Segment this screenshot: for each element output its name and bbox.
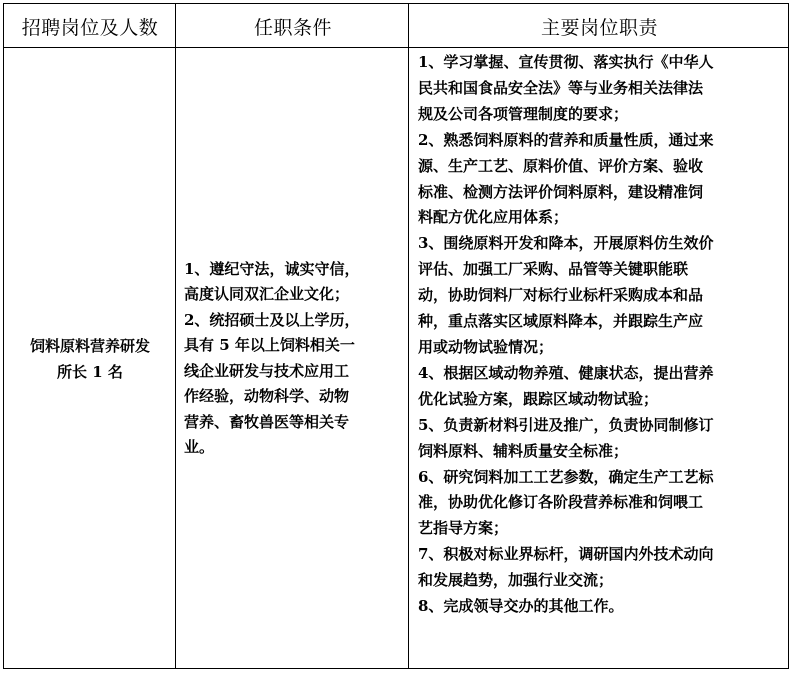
position-cell: 饲料原料营养研发 所长 1 名 (4, 49, 176, 668)
duties-cell: 1、学习掌握、宣传贯彻、落实执行《中华人 民共和国食品安全法》等与业务相关法律法… (410, 50, 789, 668)
requirement-line: 具有 5 年以上饲料相关一 (184, 333, 359, 359)
duty-line: 种，重点落实区域原料降本，并跟踪生产应 (418, 309, 785, 335)
requirement-line: 1、遵纪守法，诚实守信， (184, 257, 359, 283)
requirement-line: 线企业研发与技术应用工 (184, 359, 359, 385)
requirement-line: 营养、畜牧兽医等相关专 (184, 410, 359, 436)
duty-line: 民共和国食品安全法》等与业务相关法律法 (418, 76, 785, 102)
header-duties: 主要岗位职责 (410, 4, 789, 48)
duty-line: 和发展趋势，加强行业交流； (418, 568, 785, 594)
duty-line: 6、研究饲料加工工艺参数，确定生产工艺标 (418, 465, 785, 491)
duty-line: 3、围绕原料开发和降本，开展原料仿生效价 (418, 231, 785, 257)
requirement-line: 业。 (184, 435, 359, 461)
duty-line: 2、熟悉饲料原料的营养和质量性质，通过来 (418, 128, 785, 154)
position-line: 所长 1 名 (30, 359, 150, 385)
duty-line: 4、根据区域动物养殖、健康状态，提出营养 (418, 361, 785, 387)
position-line: 饲料原料营养研发 (30, 333, 150, 359)
header-position-count: 招聘岗位及人数 (4, 4, 176, 48)
recruitment-table: 招聘岗位及人数 任职条件 主要岗位职责 饲料原料营养研发 所长 1 名 1、遵纪… (3, 3, 789, 669)
requirement-line: 2、统招硕士及以上学历， (184, 308, 359, 334)
duty-line: 料配方优化应用体系； (418, 205, 785, 231)
duty-line: 源、生产工艺、原料价值、评价方案、验收 (418, 154, 785, 180)
requirements-cell: 1、遵纪守法，诚实守信， 高度认同双汇企业文化； 2、统招硕士及以上学历， 具有… (177, 49, 409, 668)
duty-line: 5、负责新材料引进及推广，负责协同制修订 (418, 413, 785, 439)
duty-line: 艺指导方案； (418, 516, 785, 542)
duty-line: 动，协助饲料厂对标行业标杆采购成本和品 (418, 283, 785, 309)
duty-line: 1、学习掌握、宣传贯彻、落实执行《中华人 (418, 50, 785, 76)
duty-line: 评估、加强工厂采购、品管等关键职能联 (418, 257, 785, 283)
requirement-line: 作经验，动物科学、动物 (184, 384, 359, 410)
duty-line: 准，协助优化修订各阶段营养标准和饲喂工 (418, 490, 785, 516)
duty-line: 用或动物试验情况； (418, 335, 785, 361)
duty-line: 8、完成领导交办的其他工作。 (418, 594, 785, 620)
duty-line: 7、积极对标业界标杆，调研国内外技术动向 (418, 542, 785, 568)
requirement-line: 高度认同双汇企业文化； (184, 282, 359, 308)
duty-line: 标准、检测方法评价饲料原料，建设精准饲 (418, 180, 785, 206)
duty-line: 饲料原料、辅料质量安全标准； (418, 439, 785, 465)
duty-line: 优化试验方案，跟踪区域动物试验； (418, 387, 785, 413)
header-requirements: 任职条件 (177, 4, 409, 48)
duty-line: 规及公司各项管理制度的要求； (418, 102, 785, 128)
